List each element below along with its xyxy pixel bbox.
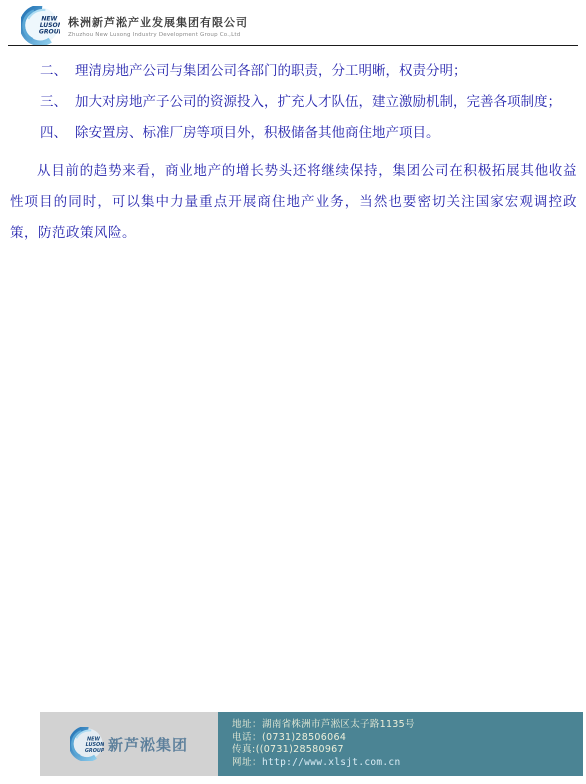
letterhead-header: NEW LUSONG GROUP 株洲新芦淞产业发展集团有限公司 Zhuzhou…	[21, 6, 248, 45]
list-item-2: 二、理清房地产公司与集团公司各部门的职责，分工明晰，权责分明；	[10, 63, 577, 80]
logo-text-group: GROUP	[39, 29, 60, 36]
lusong-globe-logo-icon: NEW LUSONG GROUP	[70, 727, 104, 761]
address-label: 地址：	[232, 719, 262, 730]
website-label: 网址：	[232, 757, 262, 768]
lusong-globe-logo-icon: NEW LUSONG GROUP	[21, 6, 60, 45]
closing-paragraph: 从目前的趋势来看，商业地产的增长势头还将继续保持，集团公司在积极拓展其他收益性项…	[10, 156, 577, 249]
website-link[interactable]: http://www.xlsjt.com.cn	[262, 757, 400, 768]
list-item-text: 理清房地产公司与集团公司各部门的职责，分工明晰，权责分明；	[75, 63, 467, 79]
header-divider	[8, 45, 578, 46]
document-body: 二、理清房地产公司与集团公司各部门的职责，分工明晰，权责分明； 三、加大对房地产…	[10, 56, 577, 249]
company-names: 株洲新芦淞产业发展集团有限公司 Zhuzhou New Lusong Indus…	[68, 14, 248, 38]
phone-value: (0731)28506064	[262, 732, 346, 743]
phone-label: 电话：	[232, 732, 262, 743]
footer-logo-panel: NEW LUSONG GROUP 新芦淞集团	[40, 712, 218, 776]
list-item-number: 四、	[40, 125, 75, 142]
footer-website-row: 网址：http://www.xlsjt.com.cn	[232, 757, 577, 770]
footer-phone-row: 电话：(0731)28506064	[232, 732, 577, 745]
list-item-text: 除安置房、标准厂房等项目外，积极储备其他商住地产项目。	[75, 125, 440, 141]
company-name-cn: 株洲新芦淞产业发展集团有限公司	[68, 14, 248, 30]
footer-contact-panel: 地址：湖南省株洲市芦淞区太子路1135号 电话：(0731)28506064 传…	[218, 712, 583, 776]
footer-logo-name-cn: 新芦淞集团	[108, 734, 188, 755]
list-item-4: 四、除安置房、标准厂房等项目外，积极储备其他商住地产项目。	[10, 125, 577, 142]
list-item-number: 三、	[40, 94, 75, 111]
list-item-number: 二、	[40, 63, 75, 80]
footer-fax-row: 传真:((0731)28580967	[232, 744, 577, 757]
letterfoot: NEW LUSONG GROUP 新芦淞集团 地址：湖南省株洲市芦淞区太子路11…	[40, 712, 583, 776]
list-item-text: 加大对房地产子公司的资源投入，扩充人才队伍，建立激励机制，完善各项制度；	[75, 94, 561, 110]
list-item-3: 三、加大对房地产子公司的资源投入，扩充人才队伍，建立激励机制，完善各项制度；	[10, 94, 577, 111]
company-name-en: Zhuzhou New Lusong Industry Development …	[68, 32, 248, 38]
footer-address-row: 地址：湖南省株洲市芦淞区太子路1135号	[232, 719, 577, 732]
address-value: 湖南省株洲市芦淞区太子路1135号	[262, 719, 415, 730]
fax-value: ((0731)28580967	[256, 744, 344, 755]
document-page: NEW LUSONG GROUP 株洲新芦淞产业发展集团有限公司 Zhuzhou…	[0, 0, 586, 784]
logo-text-group: GROUP	[85, 748, 104, 754]
fax-label: 传真:	[232, 744, 256, 755]
